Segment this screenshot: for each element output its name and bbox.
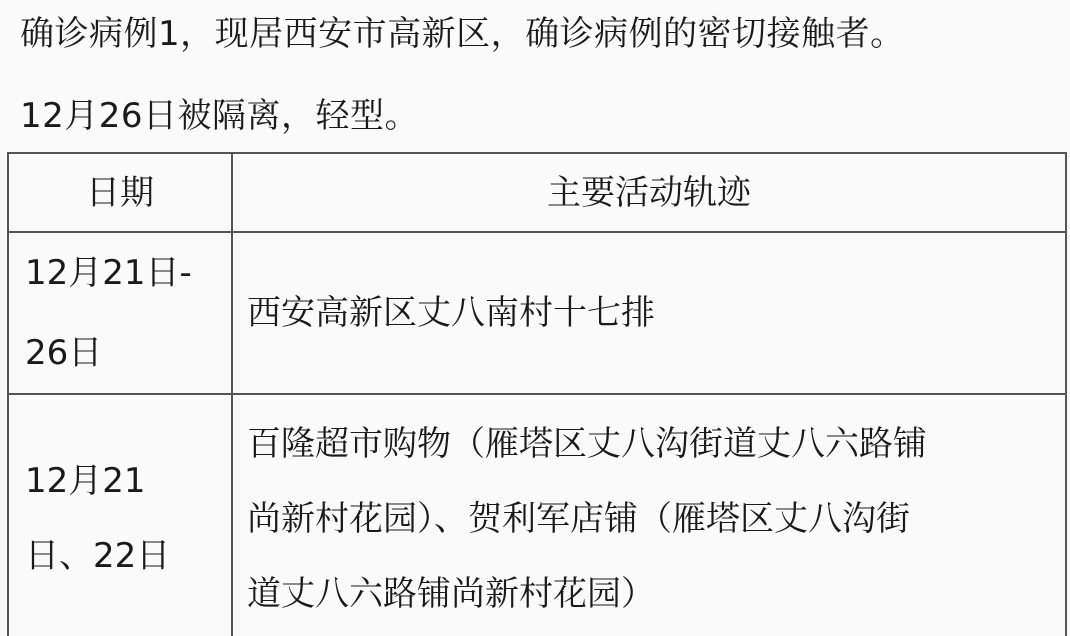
activity-table: 日期 主要活动轨迹 12月21日- 26日 西安高新区丈八南村十七排 12月21… bbox=[7, 152, 1067, 636]
table-row: 12月21日- 26日 西安高新区丈八南村十七排 bbox=[8, 232, 1066, 394]
date-line: 12月21 bbox=[25, 444, 231, 519]
date-line: 12月21日- bbox=[25, 233, 231, 313]
header-date: 日期 bbox=[8, 153, 232, 232]
activity-line: 百隆超市购物（雁塔区丈八沟街道丈八六路铺 bbox=[247, 407, 1065, 482]
date-line: 26日 bbox=[25, 313, 231, 393]
activity-line: 道丈八六路铺尚新村花园） bbox=[247, 557, 1065, 632]
date-line: 日、22日 bbox=[25, 519, 231, 594]
header-activity: 主要活动轨迹 bbox=[232, 153, 1066, 232]
date-cell: 12月21日- 26日 bbox=[8, 232, 232, 394]
activity-cell: 百隆超市购物（雁塔区丈八沟街道丈八六路铺 尚新村花园）、贺利军店铺（雁塔区丈八沟… bbox=[232, 394, 1066, 636]
activity-cell: 西安高新区丈八南村十七排 bbox=[232, 232, 1066, 394]
intro-line-1: 确诊病例1，现居西安市高新区，确诊病例的密切接触者。 bbox=[20, 14, 905, 54]
table-header-row: 日期 主要活动轨迹 bbox=[8, 153, 1066, 232]
date-cell: 12月21 日、22日 bbox=[8, 394, 232, 636]
table-row: 12月21 日、22日 百隆超市购物（雁塔区丈八沟街道丈八六路铺 尚新村花园）、… bbox=[8, 394, 1066, 636]
activity-line: 尚新村花园）、贺利军店铺（雁塔区丈八沟街 bbox=[247, 482, 1065, 557]
intro-line-2: 12月26日被隔离，轻型。 bbox=[20, 96, 419, 136]
